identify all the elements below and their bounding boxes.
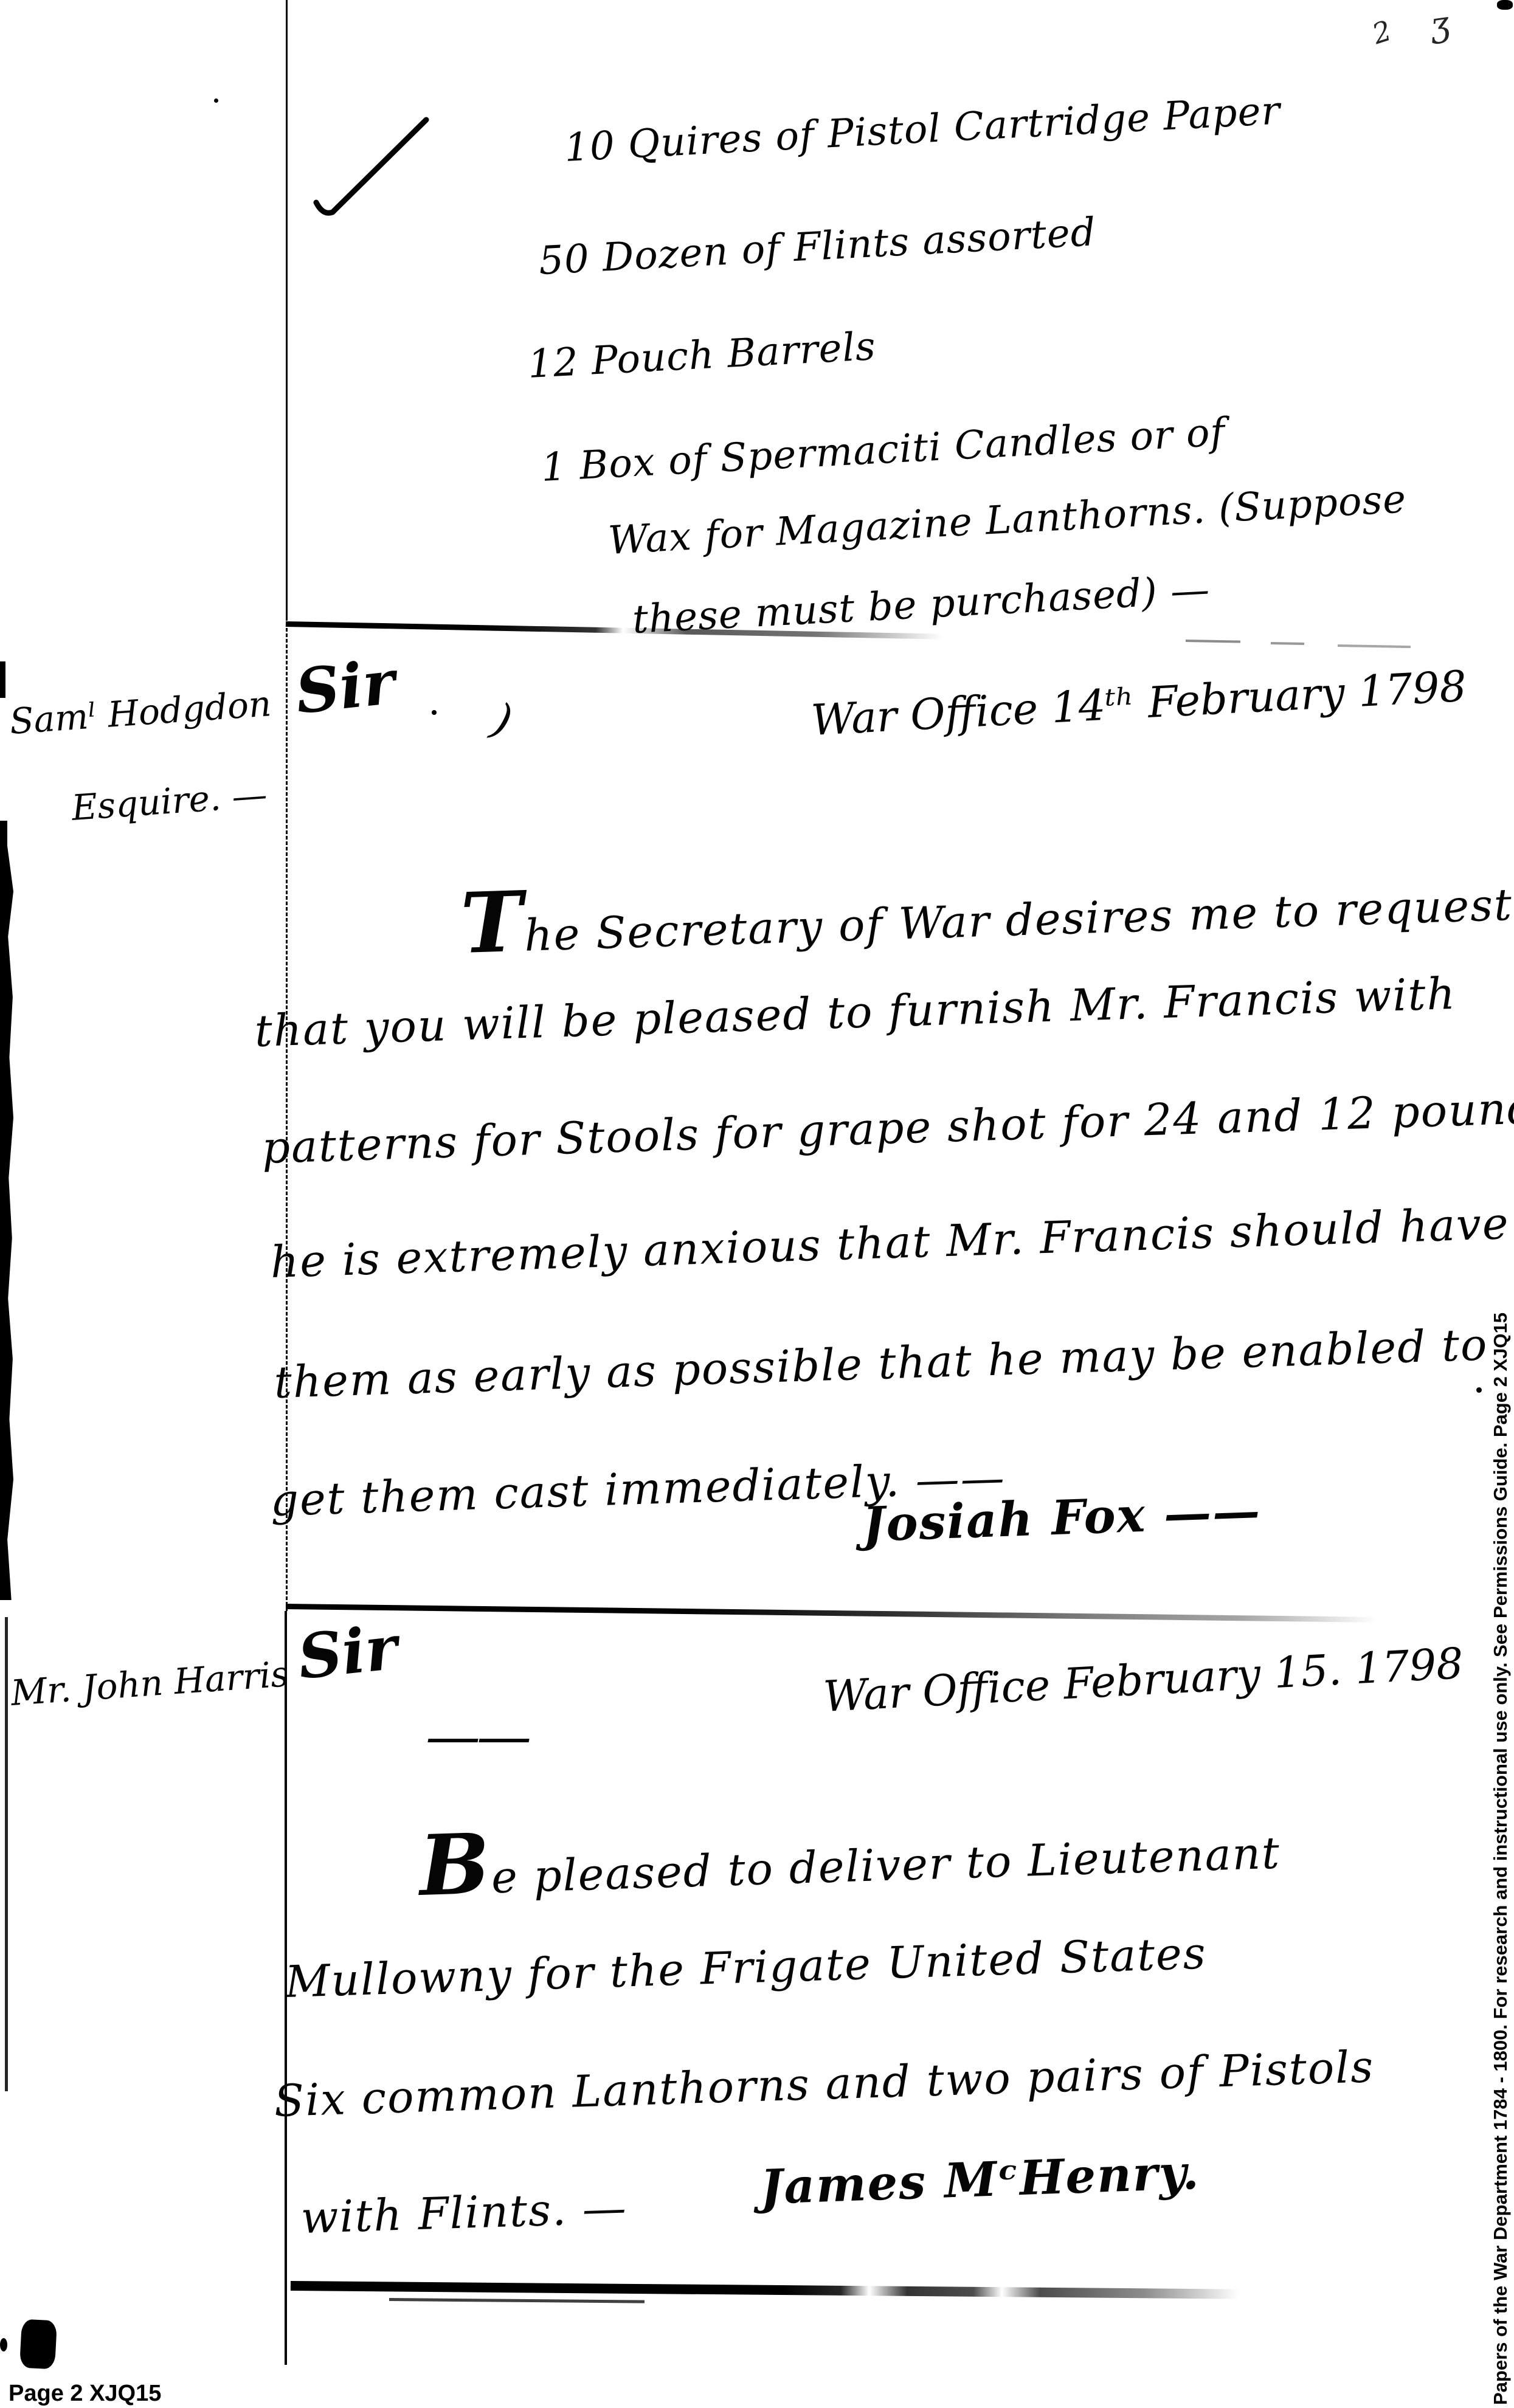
left-column-rule-top	[286, 0, 288, 617]
letter1-addressee-name: Samˡ Hodgdon	[9, 686, 272, 739]
scan-edge-smudge	[0, 846, 13, 1600]
bottom-rule-echo	[389, 2298, 645, 2303]
letter1-body-line: The Secretary of War desires me to reque…	[460, 850, 1514, 966]
manuscript-page: 2 ʒ 10 Quires of Pistol Cartridge Paper …	[0, 0, 1514, 2408]
letter2-body-line: Mullowny for the Frigate United States	[285, 1931, 1208, 2004]
side-caption: Papers of the War Department 1784 - 1800…	[1491, 1313, 1510, 2405]
checkmark-icon	[307, 112, 435, 219]
corner-scribble-mark: 2	[1368, 14, 1395, 50]
scan-blot-bottom-left	[19, 2319, 57, 2370]
letter1-body-line: he is extremely anxious that Mr. Francis…	[270, 1201, 1510, 1284]
scan-dot-bottom-left	[0, 2338, 7, 2351]
page-footer-label: Page 2 XJQ15	[9, 2382, 161, 2405]
supply-list-line: these must be purchased) —	[632, 570, 1211, 640]
scan-edge-mark-a	[0, 661, 5, 698]
section-divider-2	[286, 1604, 1411, 1623]
scan-edge-line	[5, 1617, 8, 2091]
letter1-signature: Josiah Fox ——	[862, 1488, 1262, 1549]
letter1-paren-mark: )	[488, 696, 517, 743]
letter1-salutation: Sir	[293, 652, 398, 722]
scan-edge-mark-b	[0, 821, 7, 869]
ink-dot	[1476, 1387, 1482, 1393]
supply-list-line: 10 Quires of Pistol Cartridge Paper	[564, 91, 1282, 168]
supply-list-line: 12 Pouch Barrels	[527, 327, 877, 384]
letter1-body-line: patterns for Stools for grape shot for 2…	[261, 1083, 1514, 1170]
supply-list-line: 1 Box of Spermaciti Candles or of	[541, 413, 1226, 488]
scan-blot-top-right	[1497, 0, 1513, 10]
letter2-body-line: Six common Lanthorns and two pairs of Pi…	[274, 2044, 1375, 2123]
supply-list-line: 50 Dozen of Flints assorted	[538, 213, 1097, 281]
ink-dot	[214, 98, 218, 103]
divider-dash-c	[1338, 644, 1411, 648]
letter2-addressee-name: Mr. John Harris	[10, 1656, 290, 1711]
letter1-addressee-title: Esquire. —	[71, 777, 268, 826]
letter1-body-line: them as early as possible that he may be…	[274, 1322, 1489, 1404]
letter2-salutation-flourish: ——	[426, 1709, 528, 1764]
letter2-salutation: Sir	[296, 1617, 400, 1688]
bottom-rule	[291, 2281, 1239, 2299]
ink-dot	[432, 710, 437, 715]
letter2-signature: James MᶜHenry.	[759, 2149, 1200, 2212]
corner-scribble-mark: ʒ	[1428, 4, 1452, 46]
letter2-body-line: with Flints. —	[300, 2185, 628, 2240]
left-column-rule-middle	[286, 617, 288, 1611]
letter2-dateline: War Office February 15. 1798	[822, 1642, 1464, 1718]
letter2-body-line: Be pleased to deliver to Lieutenant	[418, 1798, 1282, 1908]
supply-list-line: Wax for Magazine Lanthorns. (Suppose	[607, 480, 1408, 561]
letter1-body-line: that you will be pleased to furnish Mr. …	[254, 971, 1457, 1053]
letter1-dateline: War Office 14ᵗʰ February 1798	[810, 665, 1467, 742]
divider-dash-b	[1271, 642, 1304, 645]
